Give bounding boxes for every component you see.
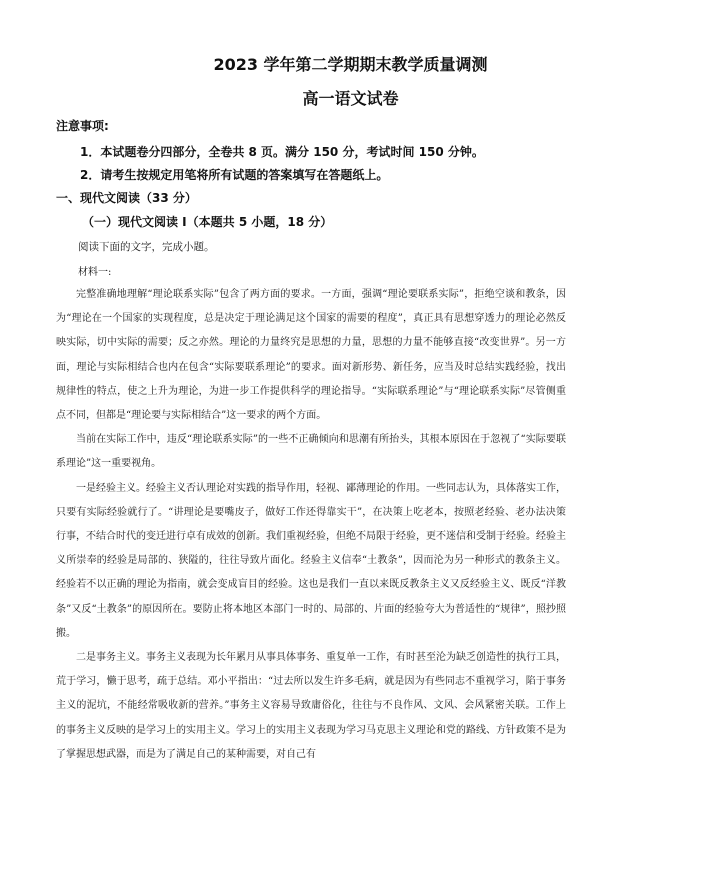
paragraph-3: 一是经验主义。经验主义否认理论对实践的指导作用，轻视、鄙薄理论的作用。一些同志认… <box>56 477 566 646</box>
material-label: 材料一: <box>78 263 111 278</box>
exam-subtitle: 高一语文试卷 <box>0 86 701 109</box>
exam-page: 2023 学年第二学期期末教学质量调测 高一语文试卷 注意事项: 1．本试题卷分… <box>0 0 701 877</box>
paragraph-1: 完整准确地理解“理论联系实际”包含了两方面的要求。一方面，强调“理论要联系实际”… <box>56 283 566 428</box>
notice-item-2: 2．请考生按规定用笔将所有试题的答案填写在答题纸上。 <box>80 166 388 183</box>
reading-instruction: 阅读下面的文字，完成小题。 <box>78 239 215 254</box>
subsection-heading: （一）现代文阅读 I（本题共 5 小题，18 分） <box>82 213 332 230</box>
paragraph-2: 当前在实际工作中，违反“理论联系实际”的一些不正确倾向和思潮有所抬头，其根本原因… <box>56 428 566 476</box>
paragraph-4: 二是事务主义。事务主义表现为长年累月从事具体事务、重复单一工作，有时甚至沦为缺乏… <box>56 646 566 767</box>
notice-heading: 注意事项: <box>56 117 109 134</box>
exam-title: 2023 学年第二学期期末教学质量调测 <box>0 52 701 75</box>
notice-item-1: 1．本试题卷分四部分，全卷共 8 页。满分 150 分，考试时间 150 分钟。 <box>80 143 484 160</box>
section-heading: 一、现代文阅读（33 分） <box>56 189 197 206</box>
material-text: 完整准确地理解“理论联系实际”包含了两方面的要求。一方面，强调“理论要联系实际”… <box>56 283 566 767</box>
